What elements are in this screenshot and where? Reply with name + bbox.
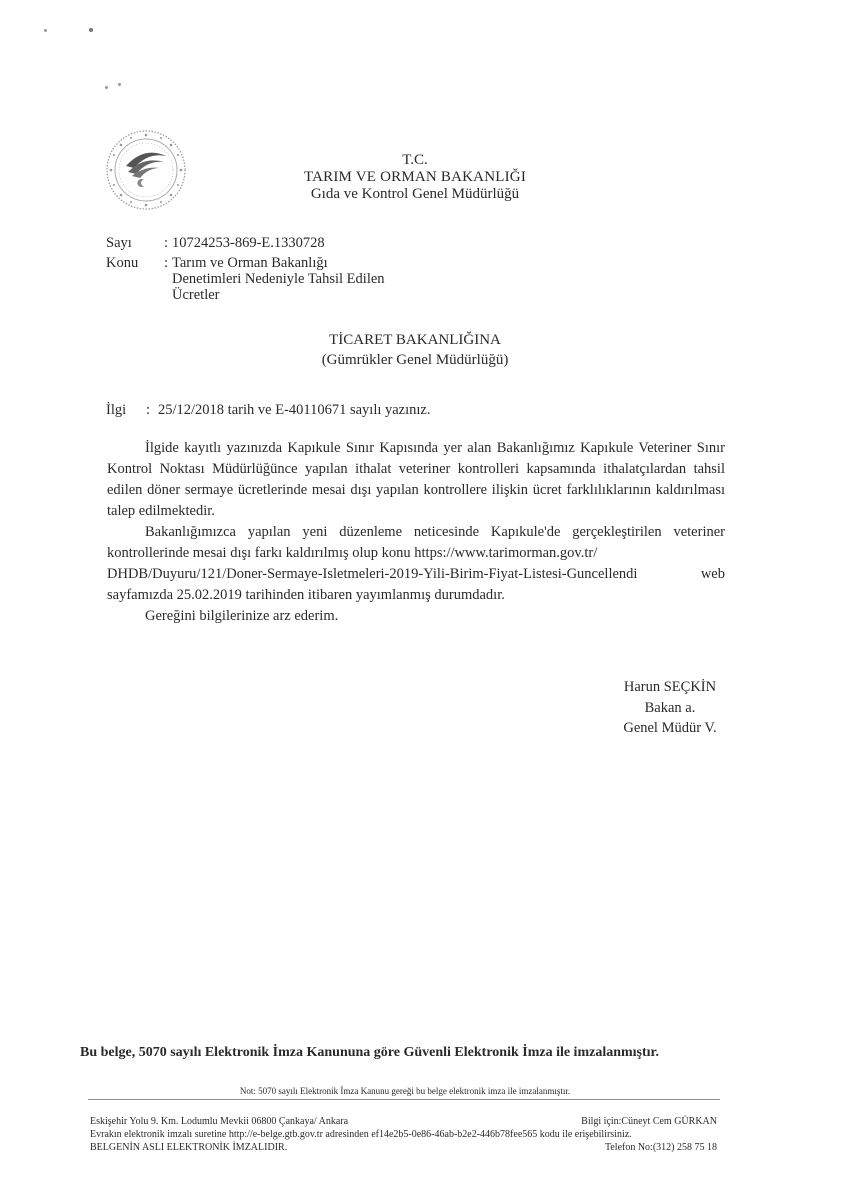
announcement-url[interactable]: DHDB/Duyuru/121/Doner-Sermaye-Isletmeler…	[107, 564, 637, 585]
ministry-name: TARIM VE ORMAN BAKANLIĞI	[280, 169, 550, 186]
colon: :	[164, 235, 172, 251]
paragraph-update-end: sayfamızda 25.02.2019 tarihinden itibare…	[107, 585, 725, 606]
signatory-title: Bakan a.	[600, 698, 740, 719]
ministry-seal-icon	[104, 128, 188, 212]
footer-address: Eskişehir Yolu 9. Km. Lodumlu Mevkii 068…	[90, 1115, 632, 1128]
recipient-name: TİCARET BAKANLIĞINA	[300, 330, 530, 350]
konu-value: Tarım ve Orman Bakanlığı Denetimleri Ned…	[172, 255, 385, 303]
directorate-name: Gıda ve Kontrol Genel Müdürlüğü	[280, 186, 550, 203]
reference-line: İlgi : 25/12/2018 tarih ve E-40110671 sa…	[106, 402, 431, 419]
signatory-position: Genel Müdür V.	[600, 718, 740, 739]
ilgi-label: İlgi	[106, 402, 146, 419]
footer-divider	[88, 1099, 720, 1100]
konu-label: Konu	[106, 255, 164, 303]
footer-phone: Telefon No:(312) 258 75 18	[581, 1141, 717, 1154]
signatory-name: Harun SEÇKİN	[600, 677, 740, 698]
recipient-department: (Gümrükler Genel Müdürlüğü)	[300, 350, 530, 370]
konu-line: Tarım ve Orman Bakanlığı	[172, 255, 385, 271]
footer-note: Not: 5070 sayılı Elektronik İmza Kanunu …	[190, 1086, 620, 1096]
sayi-value: 10724253-869-E.1330728	[172, 235, 325, 251]
closing-line: Gereğini bilgilerinize arz ederim.	[107, 606, 725, 627]
url-line: DHDB/Duyuru/121/Doner-Sermaye-Isletmeler…	[107, 564, 725, 585]
scan-speck	[118, 83, 121, 86]
esign-notice: Bu belge, 5070 sayılı Elektronik İmza Ka…	[80, 1045, 770, 1061]
scan-speck	[105, 86, 108, 89]
signature-block: Harun SEÇKİN Bakan a. Genel Müdür V.	[600, 677, 740, 739]
footer-verification: Evrakın elektronik imzalı suretine http:…	[90, 1128, 632, 1141]
letter-body: İlgide kayıtlı yazınızda Kapıkule Sınır …	[107, 438, 725, 627]
country-label: T.C.	[280, 152, 550, 169]
scan-speck	[44, 29, 47, 32]
paragraph-update-text: Bakanlığımızca yapılan yeni düzenleme ne…	[107, 524, 725, 561]
ilgi-value: 25/12/2018 tarih ve E-40110671 sayılı ya…	[158, 402, 431, 419]
document-meta: Sayı : 10724253-869-E.1330728 Konu : Tar…	[106, 235, 385, 303]
footer-right: Bilgi için:Cüneyt Cem GÜRKAN Veteriner H…	[581, 1115, 717, 1154]
paragraph-request: İlgide kayıtlı yazınızda Kapıkule Sınır …	[107, 438, 725, 522]
footer-contact: Bilgi için:Cüneyt Cem GÜRKAN	[581, 1115, 717, 1128]
paragraph-update: Bakanlığımızca yapılan yeni düzenleme ne…	[107, 522, 725, 564]
footer-contact-title: Veteriner Hekim	[581, 1128, 717, 1141]
footer-left: Eskişehir Yolu 9. Km. Lodumlu Mevkii 068…	[90, 1115, 632, 1154]
scan-speck	[89, 28, 93, 32]
colon: :	[164, 255, 172, 303]
konu-line: Denetimleri Nedeniyle Tahsil Edilen	[172, 271, 385, 287]
recipient-block: TİCARET BAKANLIĞINA (Gümrükler Genel Müd…	[300, 330, 530, 370]
konu-line: Ücretler	[172, 287, 385, 303]
web-word: web	[701, 564, 725, 585]
colon: :	[146, 402, 158, 419]
letterhead: T.C. TARIM VE ORMAN BAKANLIĞI Gıda ve Ko…	[280, 152, 550, 203]
sayi-label: Sayı	[106, 235, 164, 251]
footer-original-notice: BELGENİN ASLI ELEKTRONİK İMZALIDIR.	[90, 1141, 632, 1154]
